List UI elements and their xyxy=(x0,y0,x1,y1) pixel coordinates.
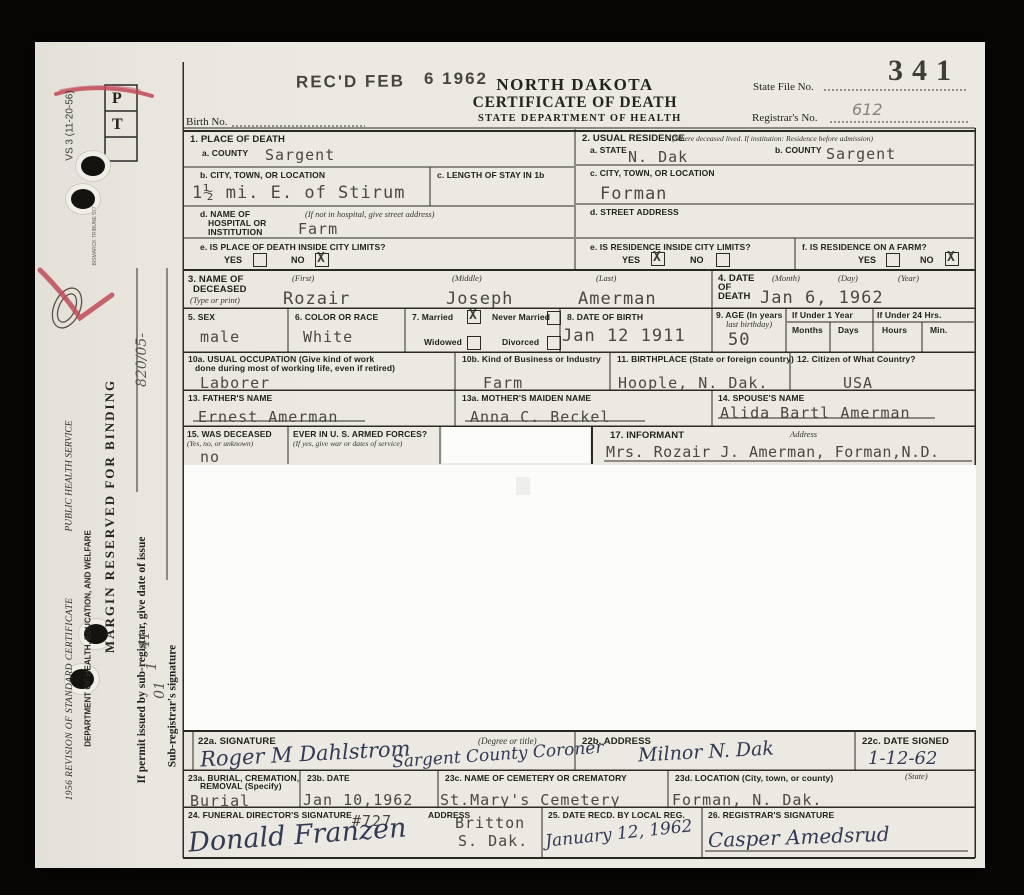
hours-label: Hours xyxy=(882,326,907,336)
pt-stamp-p: P xyxy=(112,90,122,108)
field-15-note: (Yes, no, or unknown) xyxy=(187,440,253,448)
min-label: Min. xyxy=(930,326,947,336)
check-mark: X xyxy=(317,251,325,266)
punch-hole xyxy=(81,156,105,176)
date-signed-value: 1-12-62 xyxy=(868,750,937,768)
field-23d-label: 23d. LOCATION (City, town, or county) xyxy=(675,774,833,784)
race-value: White xyxy=(303,330,353,345)
first-name-value: Rozair xyxy=(283,291,350,308)
field-2a-value: N. Dak xyxy=(628,150,688,165)
field-8-label: 8. DATE OF BIRTH xyxy=(567,313,643,323)
field-13-label: 13. FATHER'S NAME xyxy=(188,394,272,404)
scanned-death-certificate: VS 3 (11-20-56) BISMARCK TRIBUNE 577 P T… xyxy=(0,0,1024,895)
burial-date-value: Jan 10,1962 xyxy=(303,793,413,808)
field-1-title: 1. PLACE OF DEATH xyxy=(190,135,285,146)
received-stamp: REC'D FEB xyxy=(296,71,405,92)
field-7-never-label: Never Married xyxy=(492,313,550,323)
field-14-label: 14. SPOUSE'S NAME xyxy=(718,394,804,404)
field-2c-value: Forman xyxy=(600,186,667,203)
registrar-no-label: Registrar's No. xyxy=(752,112,818,124)
under-1-year-label: If Under 1 Year xyxy=(792,311,853,321)
yes-label: YES xyxy=(622,255,640,265)
months-label: Months xyxy=(792,326,823,336)
handwritten-number: 01 xyxy=(152,678,168,702)
field-5-label: 5. SEX xyxy=(188,313,215,323)
checkbox-place-death-yes xyxy=(253,253,267,267)
state-file-label: State File No. xyxy=(753,81,814,93)
field-2d-label: d. STREET ADDRESS xyxy=(590,208,679,218)
field-7-divorced-label: Divorced xyxy=(502,338,539,348)
field-1c-label: c. LENGTH OF STAY IN 1b xyxy=(437,171,544,181)
industry-value: Farm xyxy=(483,376,523,391)
field-1e-label: e. IS PLACE OF DEATH INSIDE CITY LIMITS? xyxy=(200,243,386,253)
document-title: NORTH DAKOTA xyxy=(490,75,660,95)
informant-value: Mrs. Rozair J. Amerman, Forman,N.D. xyxy=(606,445,940,460)
field-7-widowed-label: Widowed xyxy=(424,338,462,348)
field-1b-label: b. CITY, TOWN, OR LOCATION xyxy=(200,171,325,181)
field-15-note2: (If yes, give war or dates of service) xyxy=(293,440,402,448)
field-1d-value: Farm xyxy=(298,222,338,237)
form-code: VS 3 (11-20-56) xyxy=(65,76,76,176)
last-name-label: (Last) xyxy=(596,274,616,283)
field-17-address-label: Address xyxy=(790,430,817,439)
father-name-value: Ernest Amerman xyxy=(198,410,338,425)
field-23c-label: 23c. NAME OF CEMETERY OR CREMATORY xyxy=(445,774,627,784)
occupation-value: Laborer xyxy=(200,376,270,391)
field-2a-label: a. STATE xyxy=(590,146,627,156)
subregistrar-note: Sub-registrar's signature xyxy=(167,590,179,823)
first-name-label: (First) xyxy=(292,274,314,283)
field-1d-note: (If not in hospital, give street address… xyxy=(305,210,434,219)
state-file-number: 341 xyxy=(888,54,960,88)
field-10a-label2: done during most of working life, even i… xyxy=(195,364,395,374)
day-label: (Day) xyxy=(838,274,858,283)
yes-label: YES xyxy=(858,255,876,265)
checkbox-married: X xyxy=(467,310,481,324)
checkbox-res-city-no xyxy=(716,253,730,267)
department-line: STATE DEPARTMENT OF HEALTH xyxy=(478,113,673,124)
citizen-value: USA xyxy=(843,376,873,391)
burial-location-value: Forman, N. Dak. xyxy=(672,793,822,808)
printer-mark: BISMARCK TRIBUNE 577 xyxy=(92,206,98,266)
field-1b-value: 1½ mi. E. of Stirum xyxy=(192,185,405,202)
burial-value: Burial xyxy=(190,794,250,809)
no-label: NO xyxy=(920,255,934,265)
dept-note: DEPARTMENT OF HEALTH, EDUCATION, AND WEL… xyxy=(84,459,93,819)
field-17-label: 17. INFORMANT xyxy=(610,431,684,442)
funeral-address-2: S. Dak. xyxy=(458,834,528,849)
margin-note: MARGIN RESERVED FOR BINDING xyxy=(102,331,118,701)
date-of-birth-value: Jan 12 1911 xyxy=(562,328,686,345)
last-name-value: Amerman xyxy=(578,291,657,308)
days-label: Days xyxy=(838,326,859,336)
no-label: NO xyxy=(690,255,704,265)
date-of-death-value: Jan 6, 1962 xyxy=(760,290,884,307)
sex-value: male xyxy=(200,330,240,345)
check-mark: X xyxy=(947,250,955,265)
checkbox-place-death-no: X xyxy=(315,253,329,267)
handwritten-code: 820/05- xyxy=(134,330,150,390)
funeral-address-1: Britton xyxy=(455,816,525,831)
age-value: 50 xyxy=(728,332,750,349)
checkbox-res-farm-yes xyxy=(886,253,900,267)
cemetery-value: St.Mary's Cemetery xyxy=(440,793,621,808)
field-23a-label2: REMOVAL (Specify) xyxy=(200,782,282,792)
field-4-title3: DEATH xyxy=(718,292,751,303)
registrar-signature: Casper Amedsrud xyxy=(708,824,890,850)
received-stamp-date: 6 1962 xyxy=(424,69,488,89)
field-22c-label: 22c. DATE SIGNED xyxy=(862,737,949,748)
checkbox-widowed xyxy=(467,336,481,350)
field-1a-label: a. COUNTY xyxy=(202,149,248,159)
checkbox-res-farm-no: X xyxy=(945,252,959,266)
field-2f-label: f. IS RESIDENCE ON A FARM? xyxy=(802,243,927,253)
middle-name-label: (Middle) xyxy=(452,274,482,283)
field-13a-label: 13a. MOTHER'S MAIDEN NAME xyxy=(462,394,591,404)
checkbox-divorced xyxy=(547,336,561,350)
birth-no-label: Birth No. xyxy=(186,116,228,128)
document-subtitle: CERTIFICATE OF DEATH xyxy=(470,94,680,112)
field-2c-label: c. CITY, TOWN, OR LOCATION xyxy=(590,169,715,179)
under-24-hrs-label: If Under 24 Hrs. xyxy=(877,311,941,321)
no-label: NO xyxy=(291,255,305,265)
field-2b-value: Sargent xyxy=(826,147,896,162)
field-9-label2: last birthday) xyxy=(726,320,772,329)
field-2-note: (Where deceased lived. If institution: R… xyxy=(672,135,873,143)
armed-forces-value: no xyxy=(200,450,220,465)
handwritten-number: 41 xyxy=(137,627,153,653)
year-label: (Year) xyxy=(898,274,919,283)
pt-stamp-t: T xyxy=(112,116,123,134)
field-1a-value: Sargent xyxy=(265,148,335,163)
field-2b-label: b. COUNTY xyxy=(775,146,822,156)
field-10b-label: 10b. Kind of Business or Industry xyxy=(462,355,601,365)
month-label: (Month) xyxy=(772,274,800,283)
field-7-married-label: 7. Married xyxy=(412,313,453,323)
spouse-name-value: Alida Bartl Amerman xyxy=(720,406,911,421)
field-3-title3: (Type or print) xyxy=(190,296,240,305)
check-mark: X xyxy=(469,308,477,323)
field-23b-label: 23b. DATE xyxy=(307,774,350,784)
check-mark: X xyxy=(653,250,661,265)
field-12-label: 12. Citizen of What Country? xyxy=(797,355,916,365)
handwritten-number: 1 xyxy=(144,656,160,676)
yes-label: YES xyxy=(224,255,242,265)
field-2e-label: e. IS RESIDENCE INSIDE CITY LIMITS? xyxy=(590,243,751,253)
checkbox-never-married xyxy=(547,311,561,325)
checkbox-res-city-yes: X xyxy=(651,252,665,266)
field-6-label: 6. COLOR OR RACE xyxy=(295,313,378,323)
revision-note: 1956 REVISION OF STANDARD CERTIFICATE xyxy=(65,574,75,824)
field-11-label: 11. BIRTHPLACE (State or foreign country… xyxy=(617,355,794,365)
field-1d-label3: INSTITUTION xyxy=(208,228,262,238)
state-label: (State) xyxy=(905,772,928,781)
middle-name-value: Joseph xyxy=(446,291,513,308)
field-2-title: 2. USUAL RESIDENCE xyxy=(582,134,685,145)
phs-note: PUBLIC HEALTH SERVICE xyxy=(65,427,75,532)
birthplace-value: Hoople, N. Dak. xyxy=(618,376,768,391)
mother-name-value: Anna C. Beckel xyxy=(470,410,610,425)
field-26-label: 26. REGISTRAR'S SIGNATURE xyxy=(708,811,834,821)
registrar-no-value: 612 xyxy=(852,100,883,119)
